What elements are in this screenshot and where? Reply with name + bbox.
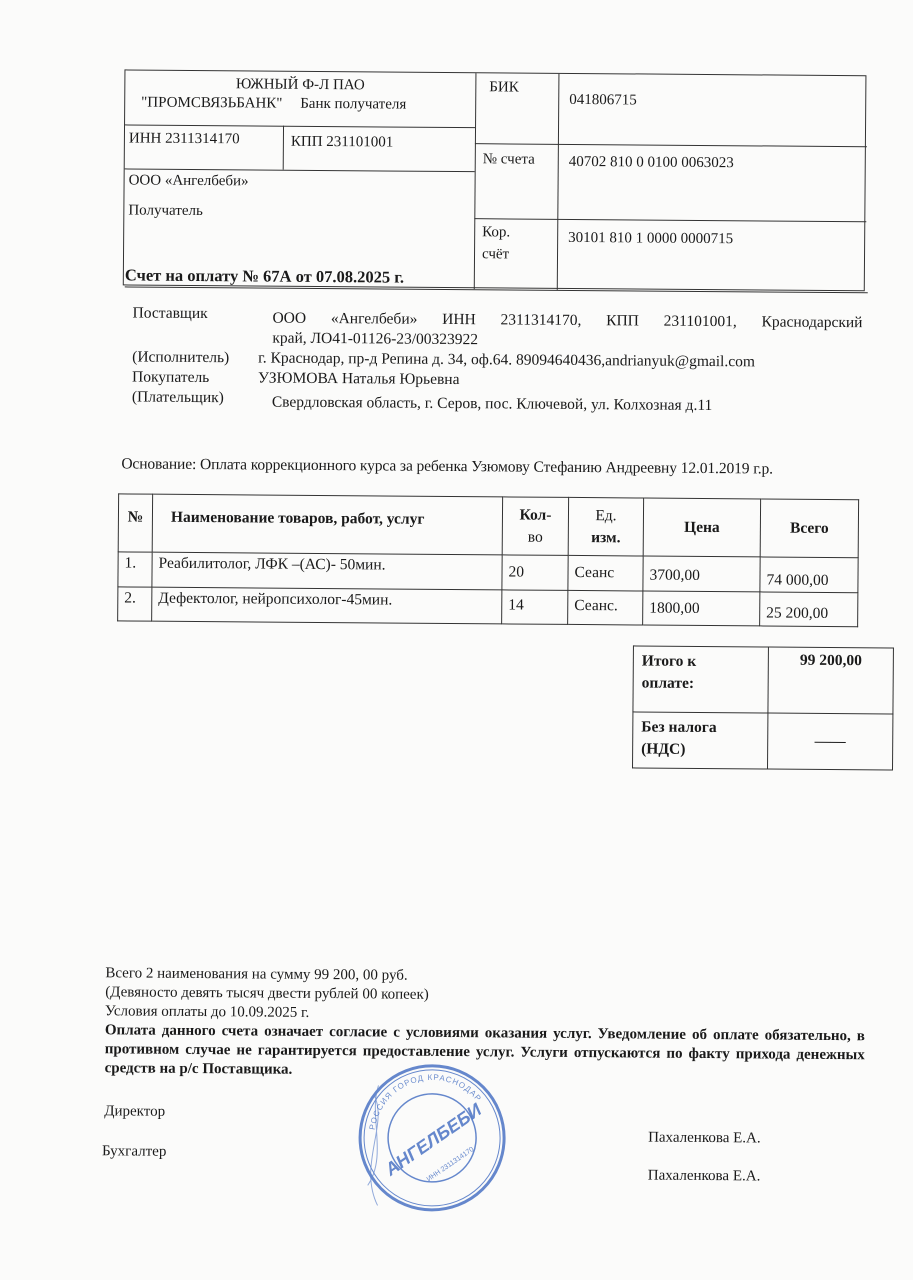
header-qty-line1: Кол- bbox=[509, 504, 562, 526]
recipient-label: Получатель bbox=[128, 202, 203, 220]
table-row: 2. Дефектолог, нейропсихолог-45мин. 14 С… bbox=[118, 587, 858, 627]
invoice-title: Счет на оплату № 67А от 07.08.2025 г. bbox=[125, 265, 404, 287]
header-unit-line1: Ед. bbox=[575, 504, 637, 526]
buyer-label: Покупатель bbox=[132, 367, 209, 388]
buyer-name: УЗЮМОВА Наталья Юрьевна bbox=[258, 368, 848, 393]
row-qty: 20 bbox=[502, 555, 568, 591]
bank-label: Банк получателя bbox=[300, 96, 406, 113]
row-unit: Сеанс bbox=[568, 555, 643, 591]
header-name: Наименование товаров, работ, услуг bbox=[152, 494, 502, 555]
row-num: 2. bbox=[118, 587, 152, 621]
bank-details-table: ЮЖНЫЙ Ф-Л ПАО "ПРОМСВЯЗЬБАНК" Банк получ… bbox=[123, 69, 867, 291]
buyer-label-2: (Плательщик) bbox=[132, 387, 224, 408]
header-qty-line2: во bbox=[509, 526, 562, 548]
row-unit: Сеанс. bbox=[568, 590, 643, 625]
row-price: 1800,00 bbox=[643, 591, 760, 626]
inn-value: ИНН 2311314170 bbox=[129, 130, 240, 148]
account-label: № счета bbox=[483, 151, 535, 168]
total-value: 99 200,00 bbox=[768, 647, 894, 714]
corr-label-line1: Кор. bbox=[482, 221, 510, 243]
bank-name: ЮЖНЫЙ Ф-Л ПАО "ПРОМСВЯЗЬБАНК" Банк получ… bbox=[125, 74, 475, 115]
header-unit-line2: изм. bbox=[575, 526, 637, 548]
header-unit: Ед. изм. bbox=[568, 497, 643, 556]
total-label-line1: Итого к bbox=[642, 651, 760, 674]
supplier-label: Поставщик bbox=[132, 303, 207, 324]
total-label: Итого к оплате: bbox=[633, 646, 769, 713]
row-total: 74 000,00 bbox=[760, 557, 858, 593]
row-total: 25 200,00 bbox=[760, 592, 858, 627]
row-qty: 14 bbox=[502, 590, 568, 625]
accountant-name: Пахаленкова Е.А. bbox=[648, 1168, 761, 1186]
director-name: Пахаленкова Е.А. bbox=[648, 1130, 761, 1148]
row-price: 3700,00 bbox=[643, 556, 760, 592]
corr-label-line2: счёт bbox=[482, 243, 510, 265]
bik-value: 041806715 bbox=[569, 92, 637, 110]
header-price: Цена bbox=[643, 498, 760, 557]
supplier-label-2: (Исполнитель) bbox=[132, 347, 229, 368]
row-name: Реабилитолог, ЛФК –(АС)- 50мин. bbox=[152, 552, 502, 590]
vat-label-line1: Без налога bbox=[641, 717, 759, 740]
recipient-name: ООО «Ангелбеби» bbox=[129, 172, 249, 190]
header-num: № bbox=[118, 494, 152, 552]
corr-account-label: Кор. счёт bbox=[482, 221, 510, 265]
director-label: Директор bbox=[104, 1103, 165, 1120]
account-value: 40702 810 0 0100 0063023 bbox=[569, 154, 734, 172]
table-row: 1. Реабилитолог, ЛФК –(АС)- 50мин. 20 Се… bbox=[118, 552, 858, 593]
header-qty: Кол- во bbox=[502, 497, 568, 556]
items-header-row: № Наименование товаров, работ, услуг Кол… bbox=[118, 494, 858, 558]
accountant-label: Бухгалтер bbox=[102, 1143, 167, 1161]
kpp-value: КПП 231101001 bbox=[291, 134, 394, 152]
items-table: № Наименование товаров, работ, услуг Кол… bbox=[117, 493, 859, 627]
header-total: Всего bbox=[760, 499, 858, 558]
bik-label: БИК bbox=[489, 79, 519, 96]
vat-value: —— bbox=[767, 713, 892, 770]
row-name: Дефектолог, нейропсихолог-45мин. bbox=[152, 587, 502, 624]
row-num: 1. bbox=[118, 552, 152, 587]
vat-label: Без налога (НДС) bbox=[633, 712, 768, 769]
totals-table: Итого к оплате: 99 200,00 Без налога (НД… bbox=[632, 645, 894, 770]
buyer-address: Свердловская область, г. Серов, пос. Клю… bbox=[272, 393, 862, 418]
total-row: Итого к оплате: 99 200,00 bbox=[633, 646, 894, 714]
vat-label-line2: (НДС) bbox=[641, 739, 759, 762]
stamp-icon: АНГЕЛБЕБИ ИНН 2311314170 РОССИЯ ГОРОД КР… bbox=[347, 1055, 508, 1216]
total-label-line2: оплате: bbox=[642, 673, 760, 696]
invoice-page: ЮЖНЫЙ Ф-Л ПАО "ПРОМСВЯЗЬБАНК" Банк получ… bbox=[0, 0, 913, 1280]
company-stamp: АНГЕЛБЕБИ ИНН 2311314170 РОССИЯ ГОРОД КР… bbox=[347, 1055, 508, 1216]
payment-basis: Основание: Оплата коррекционного курса з… bbox=[121, 455, 773, 478]
parties-block: Поставщик ООО «Ангелбеби» ИНН 2311314170… bbox=[132, 303, 863, 439]
bank-name-line2: "ПРОМСВЯЗЬБАНК" bbox=[141, 95, 282, 112]
vat-row: Без налога (НДС) —— bbox=[633, 712, 893, 770]
corr-account-value: 30101 810 1 0000 0000715 bbox=[568, 230, 733, 248]
